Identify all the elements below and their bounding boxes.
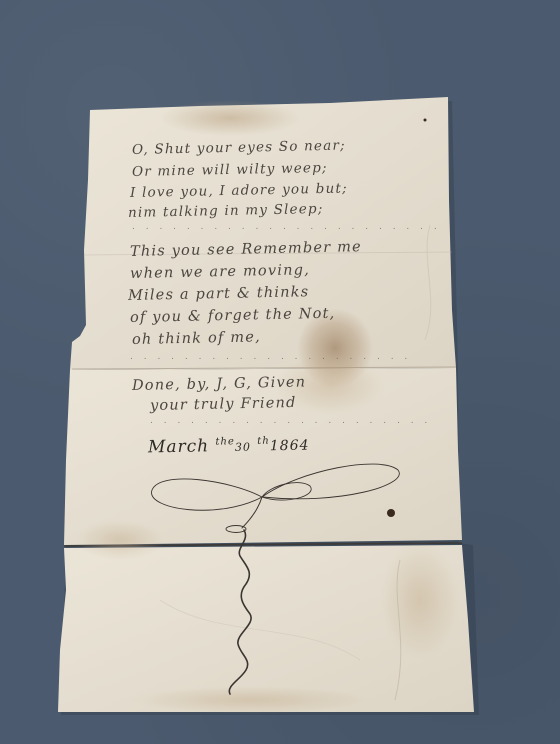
- date-day-prefix: the: [215, 436, 235, 447]
- date-month: March: [148, 436, 209, 457]
- letter-date: March the30 th1864: [148, 435, 310, 458]
- dotted-separator: . . . . . . . . . . . . . . . . . . . . …: [150, 416, 431, 426]
- ink-blot: [387, 509, 395, 517]
- signature-line: your truly Friend: [150, 395, 297, 414]
- date-day: 30: [235, 441, 251, 454]
- letter-line: oh think of me,: [132, 329, 261, 348]
- paper-middle-section: [64, 368, 462, 545]
- paper-upper-section: [70, 97, 456, 370]
- date-year: 1864: [270, 438, 310, 455]
- dotted-separator: . . . . . . . . . . . . . . . . . . . . …: [130, 352, 411, 362]
- photo-scene: O, Shut your eyes So near; Or mine will …: [0, 0, 560, 744]
- letter-paper: [0, 0, 560, 744]
- dotted-separator: . . . . . . . . . . . . . . . . . . . . …: [132, 222, 441, 232]
- date-day-suffix: th: [257, 436, 270, 447]
